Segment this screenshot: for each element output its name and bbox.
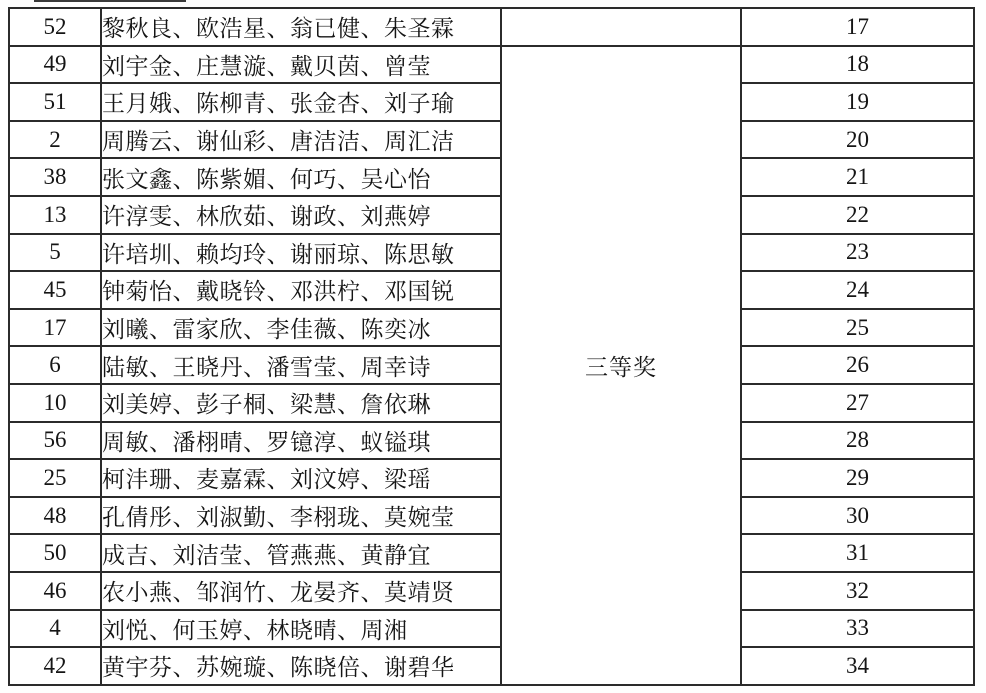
group-number-cell: 13: [9, 196, 101, 234]
table-row: 38张文鑫、陈紫媚、何巧、吴心怡21: [9, 158, 974, 196]
sequence-number-cell: 34: [741, 647, 974, 685]
group-number-cell: 5: [9, 234, 101, 272]
team-members-cell: 许培圳、赖均玲、谢丽琼、陈思敏: [101, 234, 501, 272]
table-row: 51王月娥、陈柳青、张金杏、刘子瑜19: [9, 83, 974, 121]
group-number-cell: 38: [9, 158, 101, 196]
crop-artifact-top: [34, 0, 186, 2]
sequence-number-cell: 17: [741, 8, 974, 46]
sequence-number-cell: 32: [741, 572, 974, 610]
table-row: 13许淳雯、林欣茹、谢政、刘燕婷22: [9, 196, 974, 234]
document-page: 52黎秋良、欧浩星、翁已健、朱圣霖1749刘宇金、庄慧漩、戴贝茵、曾莹三等奖18…: [0, 0, 986, 693]
table-row: 50成吉、刘洁莹、管燕燕、黄静宜31: [9, 534, 974, 572]
table-row: 17刘曦、雷家欣、李佳薇、陈奕冰25: [9, 309, 974, 347]
group-number-cell: 50: [9, 534, 101, 572]
sequence-number-cell: 21: [741, 158, 974, 196]
group-number-cell: 25: [9, 459, 101, 497]
team-members-cell: 刘宇金、庄慧漩、戴贝茵、曾莹: [101, 46, 501, 84]
team-members-cell: 王月娥、陈柳青、张金杏、刘子瑜: [101, 83, 501, 121]
team-members-cell: 刘悦、何玉婷、林晓晴、周湘: [101, 610, 501, 648]
table-row: 56周敏、潘栩晴、罗镱淳、蚁镒琪28: [9, 422, 974, 460]
group-number-cell: 2: [9, 121, 101, 159]
sequence-number-cell: 28: [741, 422, 974, 460]
table-row: 46农小燕、邹润竹、龙晏齐、莫靖贤32: [9, 572, 974, 610]
sequence-number-cell: 24: [741, 271, 974, 309]
table-row: 2周腾云、谢仙彩、唐洁洁、周汇洁20: [9, 121, 974, 159]
team-members-cell: 成吉、刘洁莹、管燕燕、黄静宜: [101, 534, 501, 572]
team-members-cell: 钟菊怡、戴晓铃、邓洪柠、邓国锐: [101, 271, 501, 309]
sequence-number-cell: 30: [741, 497, 974, 535]
team-members-cell: 黎秋良、欧浩星、翁已健、朱圣霖: [101, 8, 501, 46]
group-number-cell: 45: [9, 271, 101, 309]
group-number-cell: 42: [9, 647, 101, 685]
sequence-number-cell: 31: [741, 534, 974, 572]
team-members-cell: 周腾云、谢仙彩、唐洁洁、周汇洁: [101, 121, 501, 159]
group-number-cell: 48: [9, 497, 101, 535]
team-members-cell: 许淳雯、林欣茹、谢政、刘燕婷: [101, 196, 501, 234]
team-members-cell: 刘曦、雷家欣、李佳薇、陈奕冰: [101, 309, 501, 347]
team-members-cell: 农小燕、邹润竹、龙晏齐、莫靖贤: [101, 572, 501, 610]
table-row: 4刘悦、何玉婷、林晓晴、周湘33: [9, 610, 974, 648]
sequence-number-cell: 20: [741, 121, 974, 159]
prize-cell: 三等奖: [501, 46, 741, 685]
team-members-cell: 黄宇芬、苏婉璇、陈晓倍、谢碧华: [101, 647, 501, 685]
prize-cell-empty: [501, 8, 741, 46]
group-number-cell: 17: [9, 309, 101, 347]
table-row: 42黄宇芬、苏婉璇、陈晓倍、谢碧华34: [9, 647, 974, 685]
sequence-number-cell: 22: [741, 196, 974, 234]
results-table-body: 52黎秋良、欧浩星、翁已健、朱圣霖1749刘宇金、庄慧漩、戴贝茵、曾莹三等奖18…: [9, 8, 974, 685]
group-number-cell: 10: [9, 384, 101, 422]
sequence-number-cell: 26: [741, 346, 974, 384]
table-row: 49刘宇金、庄慧漩、戴贝茵、曾莹三等奖18: [9, 46, 974, 84]
group-number-cell: 52: [9, 8, 101, 46]
team-members-cell: 孔倩彤、刘淑勤、李栩珑、莫婉莹: [101, 497, 501, 535]
sequence-number-cell: 19: [741, 83, 974, 121]
group-number-cell: 6: [9, 346, 101, 384]
group-number-cell: 4: [9, 610, 101, 648]
sequence-number-cell: 27: [741, 384, 974, 422]
team-members-cell: 张文鑫、陈紫媚、何巧、吴心怡: [101, 158, 501, 196]
group-number-cell: 49: [9, 46, 101, 84]
table-row: 6陆敏、王晓丹、潘雪莹、周幸诗26: [9, 346, 974, 384]
sequence-number-cell: 18: [741, 46, 974, 84]
table-row: 45钟菊怡、戴晓铃、邓洪柠、邓国锐24: [9, 271, 974, 309]
group-number-cell: 46: [9, 572, 101, 610]
sequence-number-cell: 29: [741, 459, 974, 497]
table-row: 25柯沣珊、麦嘉霖、刘汶婷、梁瑶29: [9, 459, 974, 497]
award-results-table: 52黎秋良、欧浩星、翁已健、朱圣霖1749刘宇金、庄慧漩、戴贝茵、曾莹三等奖18…: [8, 7, 975, 686]
table-row: 48孔倩彤、刘淑勤、李栩珑、莫婉莹30: [9, 497, 974, 535]
sequence-number-cell: 25: [741, 309, 974, 347]
team-members-cell: 刘美婷、彭子桐、梁慧、詹依琳: [101, 384, 501, 422]
table-row: 10刘美婷、彭子桐、梁慧、詹依琳27: [9, 384, 974, 422]
sequence-number-cell: 23: [741, 234, 974, 272]
group-number-cell: 56: [9, 422, 101, 460]
table-row: 5许培圳、赖均玲、谢丽琼、陈思敏23: [9, 234, 974, 272]
team-members-cell: 周敏、潘栩晴、罗镱淳、蚁镒琪: [101, 422, 501, 460]
team-members-cell: 柯沣珊、麦嘉霖、刘汶婷、梁瑶: [101, 459, 501, 497]
team-members-cell: 陆敏、王晓丹、潘雪莹、周幸诗: [101, 346, 501, 384]
table-row: 52黎秋良、欧浩星、翁已健、朱圣霖17: [9, 8, 974, 46]
sequence-number-cell: 33: [741, 610, 974, 648]
group-number-cell: 51: [9, 83, 101, 121]
